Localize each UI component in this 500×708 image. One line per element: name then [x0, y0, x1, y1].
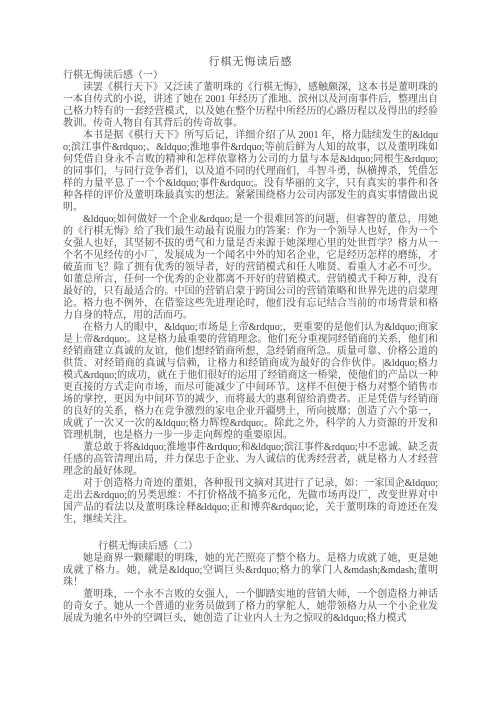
paragraph: &ldquo;如何做好一个企业&rdquo;是一个很难回答的问题，但睿智的董总，…: [63, 214, 438, 322]
paragraph: 对于创造格力奇迹的董姐，各种报刊文摘对其进行了记录，如：一家国企&ldquo;走…: [63, 478, 438, 526]
paragraph: 本书是据《棋行天下》所写后记，详细介绍了从 2001 年，格力陆续发生的&ldq…: [63, 130, 438, 214]
paragraph: 董明珠，一个永不言败的女强人，一个脚踏实地的营销大师，一个创造格力神话的奇女子。…: [63, 589, 438, 625]
section-two: 行棋无悔读后感（二） 她是商界一颗耀眼的明珠，她的光芒照亮了整个格力。是格力成就…: [63, 541, 438, 625]
document-page: 行棋无悔读后感 行棋无悔读后感（一） 读罢《棋行天下》又泛读了董明珠的《行棋无悔…: [0, 0, 500, 708]
section-one-heading: 行棋无悔读后感（一）: [63, 70, 438, 82]
document-title: 行棋无悔读后感: [63, 56, 438, 69]
section-one: 行棋无悔读后感（一） 读罢《棋行天下》又泛读了董明珠的《行棋无悔》，感触颇深，这…: [63, 70, 438, 526]
screenshot-root: { "colors": { "text": "#414141", "backgr…: [0, 0, 500, 708]
paragraph: 她是商界一颗耀眼的明珠，她的光芒照亮了整个格力。是格力成就了她，更是她成就了格力…: [63, 553, 438, 589]
paragraph: 董总敢于将&ldquo;淮地事件&rdquo;和&ldquo;滨江事件&rdqu…: [63, 442, 438, 478]
section-two-heading: 行棋无悔读后感（二）: [63, 541, 438, 553]
paragraph: 读罢《棋行天下》又泛读了董明珠的《行棋无悔》，感触颇深，这本书是董明珠的一本自传…: [63, 82, 438, 130]
paragraph: 在格力人的眼中，&ldquo;市场是上帝&rdquo;，更重要的是他们认为&ld…: [63, 322, 438, 442]
